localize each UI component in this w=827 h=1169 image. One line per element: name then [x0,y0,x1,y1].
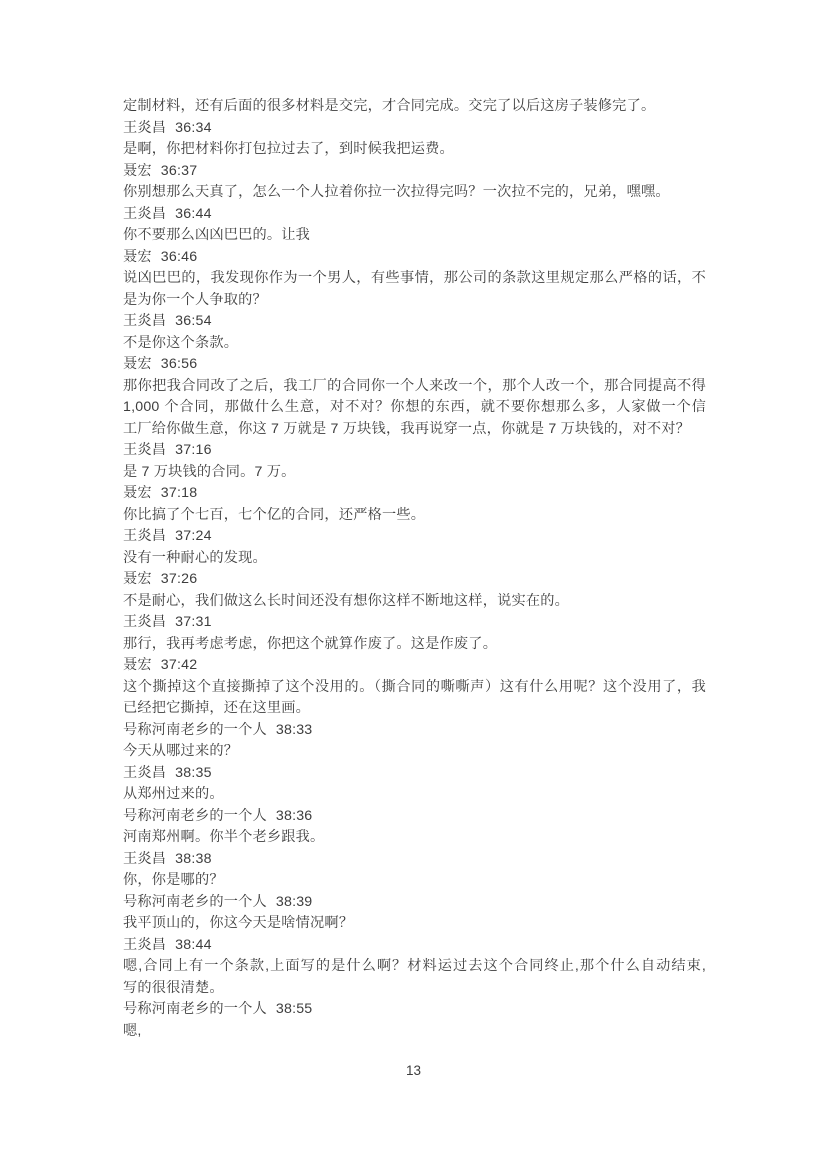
speaker-name: 王炎昌 [123,528,166,544]
transcript-entry: 聂宏36:37 你别想那么天真了，怎么一个人拉着你拉一次拉得完吗？一次拉不完的，… [123,161,706,204]
transcript-entry: 王炎昌36:34 是啊，你把材料你打包拉过去了，到时候我把运费。 [123,118,706,161]
text-line: 是为你一个人争取的？ [123,290,706,312]
speaker-name: 号称河南老乡的一个人 [123,1001,267,1017]
text-line: 工厂给你做生意，你这 7 万就是 7 万块钱，我再说穿一点，你就是 7 万块钱的… [123,419,706,441]
speaker-line: 号称河南老乡的一个人38:39 [123,892,706,914]
timestamp: 36:46 [161,249,198,265]
speaker-line: 王炎昌36:44 [123,204,706,226]
text-line: 你，你是哪的？ [123,870,706,892]
text-line: 是 7 万块钱的合同。7 万。 [123,462,706,484]
speaker-line: 聂宏37:42 [123,655,706,677]
timestamp: 38:35 [175,765,212,781]
text-line: 你不要那么凶凶巴巴的。让我 [123,225,706,247]
speaker-name: 号称河南老乡的一个人 [123,894,267,910]
speaker-name: 王炎昌 [123,765,166,781]
text-line: 没有一种耐心的发现。 [123,548,706,570]
timestamp: 38:36 [276,808,313,824]
timestamp: 38:39 [276,894,313,910]
timestamp: 38:44 [175,937,212,953]
speaker-line: 号称河南老乡的一个人38:36 [123,806,706,828]
text-line: 1,000 个合同，那做什么生意，对不对？你想的东西，就不要你想那么多，人家做一… [123,397,706,419]
speaker-line: 王炎昌37:16 [123,440,706,462]
transcript-entry: 聂宏36:46 说凶巴巴的，我发现你作为一个男人，有些事情，那公司的条款这里规定… [123,247,706,312]
speaker-name: 聂宏 [123,163,152,179]
timestamp: 37:18 [161,485,198,501]
timestamp: 36:34 [175,120,212,136]
text-line: 那你把我合同改了之后，我工厂的合同你一个人来改一个，那个人改一个，那合同提高不得 [123,376,706,398]
speaker-name: 王炎昌 [123,442,166,458]
speaker-line: 号称河南老乡的一个人38:55 [123,999,706,1021]
transcript-entry: 号称河南老乡的一个人38:33 今天从哪过来的？ [123,720,706,763]
transcript-entry: 王炎昌37:31 那行，我再考虑考虑，你把这个就算作废了。这是作废了。 [123,612,706,655]
speaker-name: 王炎昌 [123,614,166,630]
transcript-entry: 号称河南老乡的一个人38:39 我平顶山的，你这今天是啥情况啊？ [123,892,706,935]
speaker-line: 聂宏37:18 [123,483,706,505]
timestamp: 36:56 [161,356,198,372]
transcript-entry: 号称河南老乡的一个人38:55 嗯, [123,999,706,1042]
speaker-line: 王炎昌38:38 [123,849,706,871]
speaker-line: 王炎昌38:35 [123,763,706,785]
speaker-name: 聂宏 [123,485,152,501]
text-line: 你别想那么天真了，怎么一个人拉着你拉一次拉得完吗？一次拉不完的，兄弟，嘿嘿。 [123,182,706,204]
page-number: 13 [0,1063,827,1078]
text-line: 这个撕掉这个直接撕掉了这个没用的。（撕合同的嘶嘶声）这有什么用呢？这个没用了，我 [123,677,706,699]
speaker-line: 王炎昌36:54 [123,311,706,333]
speaker-name: 王炎昌 [123,851,166,867]
timestamp: 37:24 [175,528,212,544]
text-line: 不是你这个条款。 [123,333,706,355]
timestamp: 36:54 [175,313,212,329]
text-line: 定制材料，还有后面的很多材料是交完，才合同完成。交完了以后这房子装修完了。 [123,96,706,118]
text-line: 河南郑州啊。你半个老乡跟我。 [123,827,706,849]
text-line: 从郑州过来的。 [123,784,706,806]
transcript-entry: 聂宏37:26 不是耐心，我们做这么长时间还没有想你这样不断地这样，说实在的。 [123,569,706,612]
speaker-name: 聂宏 [123,356,152,372]
transcript-entry: 王炎昌38:35 从郑州过来的。 [123,763,706,806]
transcript-entry: 王炎昌36:54 不是你这个条款。 [123,311,706,354]
transcript-entry: 聂宏37:42 这个撕掉这个直接撕掉了这个没用的。（撕合同的嘶嘶声）这有什么用呢… [123,655,706,720]
timestamp: 37:16 [175,442,212,458]
text-line: 嗯,合同上有一个条款,上面写的是什么啊？材料运过去这个合同终止,那个什么自动结束… [123,956,706,978]
speaker-line: 聂宏36:56 [123,354,706,376]
speaker-line: 王炎昌38:44 [123,935,706,957]
timestamp: 36:44 [175,206,212,222]
transcript-entry: 王炎昌37:16 是 7 万块钱的合同。7 万。 [123,440,706,483]
timestamp: 37:26 [161,571,198,587]
text-line: 说凶巴巴的，我发现你作为一个男人，有些事情，那公司的条款这里规定那么严格的话，不 [123,268,706,290]
text-line: 是啊，你把材料你打包拉过去了，到时候我把运费。 [123,139,706,161]
timestamp: 38:55 [276,1001,313,1017]
speaker-name: 聂宏 [123,249,152,265]
transcript-entry: 聂宏36:56 那你把我合同改了之后，我工厂的合同你一个人来改一个，那个人改一个… [123,354,706,440]
timestamp: 38:33 [276,722,313,738]
speaker-line: 王炎昌37:31 [123,612,706,634]
speaker-line: 王炎昌37:24 [123,526,706,548]
transcript-entry: 号称河南老乡的一个人38:36 河南郑州啊。你半个老乡跟我。 [123,806,706,849]
speaker-name: 聂宏 [123,657,152,673]
text-line: 你比搞了个七百，七个亿的合同，还严格一些。 [123,505,706,527]
transcript-entry: 王炎昌36:44 你不要那么凶凶巴巴的。让我 [123,204,706,247]
transcript-entry: 定制材料，还有后面的很多材料是交完，才合同完成。交完了以后这房子装修完了。 [123,96,706,118]
transcript-entry: 王炎昌38:44 嗯,合同上有一个条款,上面写的是什么啊？材料运过去这个合同终止… [123,935,706,1000]
text-line: 不是耐心，我们做这么长时间还没有想你这样不断地这样，说实在的。 [123,591,706,613]
speaker-name: 聂宏 [123,571,152,587]
text-line: 写的很很清楚。 [123,978,706,1000]
speaker-line: 号称河南老乡的一个人38:33 [123,720,706,742]
speaker-name: 王炎昌 [123,313,166,329]
text-line: 已经把它撕掉，还在这里画。 [123,698,706,720]
speaker-line: 王炎昌36:34 [123,118,706,140]
timestamp: 37:31 [175,614,212,630]
speaker-name: 号称河南老乡的一个人 [123,808,267,824]
transcript-entry: 王炎昌38:38 你，你是哪的？ [123,849,706,892]
timestamp: 37:42 [161,657,198,673]
text-line: 嗯, [123,1021,706,1043]
timestamp: 36:37 [161,163,198,179]
timestamp: 38:38 [175,851,212,867]
speaker-name: 王炎昌 [123,206,166,222]
speaker-name: 王炎昌 [123,120,166,136]
speaker-line: 聂宏37:26 [123,569,706,591]
speaker-name: 号称河南老乡的一个人 [123,722,267,738]
document-page: { "page": { "number": "13" }, "transcrip… [0,0,827,1169]
transcript-entry: 聂宏37:18 你比搞了个七百，七个亿的合同，还严格一些。 [123,483,706,526]
transcript-entry: 王炎昌37:24 没有一种耐心的发现。 [123,526,706,569]
speaker-name: 王炎昌 [123,937,166,953]
speaker-line: 聂宏36:46 [123,247,706,269]
speaker-line: 聂宏36:37 [123,161,706,183]
transcript: 定制材料，还有后面的很多材料是交完，才合同完成。交完了以后这房子装修完了。 王炎… [123,96,706,1042]
text-line: 今天从哪过来的？ [123,741,706,763]
text-line: 我平顶山的，你这今天是啥情况啊？ [123,913,706,935]
text-line: 那行，我再考虑考虑，你把这个就算作废了。这是作废了。 [123,634,706,656]
